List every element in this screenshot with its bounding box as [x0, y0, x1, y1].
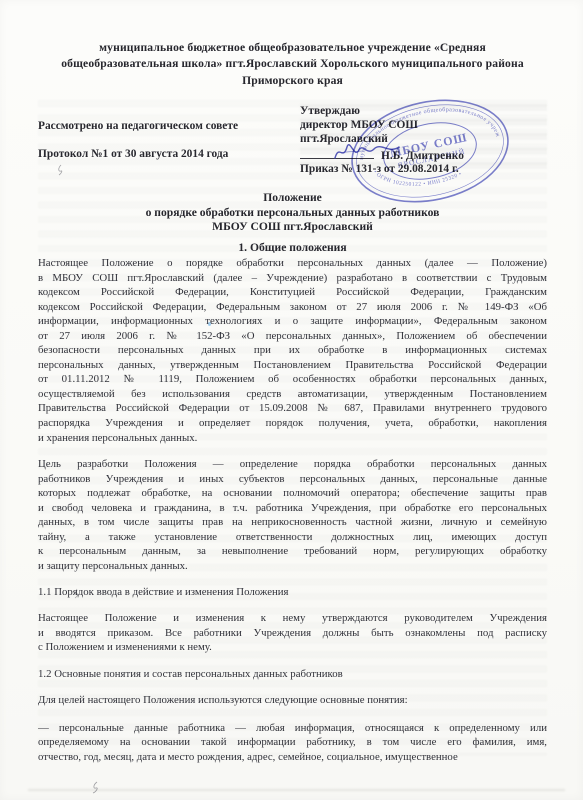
- reviewed-by-line: Рассмотрено на педагогическом совете: [38, 119, 238, 133]
- document-org-header: муниципальное бюджетное общеобразователь…: [38, 40, 547, 89]
- text-line: от 01.11.2012 № 1119, Положением об особ…: [38, 372, 547, 387]
- protocol-line: Протокол №1 от 30 августа 2014 года: [38, 147, 238, 161]
- signatory-name: Н.Б. Дмитренко: [381, 150, 464, 162]
- paragraph-2: Цель разработки Положения — определение …: [38, 457, 547, 573]
- text-line: МБОУ СОШ пгт.Ярославский: [38, 220, 547, 235]
- review-block: Рассмотрено на педагогическом совете Про…: [38, 119, 238, 161]
- paragraph-3: Настоящее Положение и изменения к нему у…: [38, 611, 547, 655]
- signature-line: [300, 147, 374, 159]
- text-line: в МБОУ СОШ пгт.Ярославский (далее – Учре…: [38, 271, 547, 286]
- text-line: и вводятся приказом. Все работники Учреж…: [38, 626, 547, 641]
- text-line: тайну, а также установление ответственно…: [38, 530, 547, 545]
- subsection-1-2-heading: 1.2 Основные понятия и состав персональн…: [38, 667, 547, 682]
- text-line: к персональным данным, за невыполнение т…: [38, 544, 547, 559]
- paragraph-1: Настоящее Положение о порядке обработки …: [38, 256, 547, 445]
- text-line: отчество, год, месяц, дата и место рожде…: [38, 750, 547, 765]
- document-body: Настоящее Положение о порядке обработки …: [38, 256, 547, 776]
- document-title: Положениео порядке обработки персональны…: [38, 191, 547, 235]
- approval-block: Утверждаю директор МБОУ СОШ пгт.Ярославс…: [300, 104, 550, 176]
- text-line: персональных данных, утвержденным Постан…: [38, 358, 547, 373]
- text-line: Правительства Российской Федерации от 15…: [38, 401, 547, 416]
- scanned-document-page: муниципальное бюджетное общеобразователь…: [0, 0, 583, 800]
- text-line: и защиту персональных данных.: [38, 559, 547, 574]
- pen-mark: [55, 163, 65, 177]
- text-line: данных, в том числе защиты прав на непри…: [38, 515, 547, 530]
- text-line: с Положением и изменениями к нему.: [38, 640, 547, 655]
- text-line: осуществляемой без использования средств…: [38, 387, 547, 402]
- text-line: Цель разработки Положения — определение …: [38, 457, 547, 472]
- text-line: о порядке обработки персональных данных …: [38, 206, 547, 221]
- text-line: безопасности персональных данных при их …: [38, 343, 547, 358]
- paragraph-4: Для целей настоящего Положения использую…: [38, 693, 547, 708]
- scan-smudge-line: [28, 789, 565, 791]
- text-line: муниципальное бюджетное общеобразователь…: [38, 40, 547, 56]
- signature-row: Н.Б. Дмитренко: [300, 147, 550, 162]
- text-line: Положение: [38, 191, 547, 206]
- text-line: которых подлежат обработке, на основании…: [38, 486, 547, 501]
- text-line: кодексом Российской Федерации, Конституц…: [38, 285, 547, 300]
- text-line: Настоящее Положение и изменения к нему у…: [38, 611, 547, 626]
- text-line: работников Учреждения и иных субъектов п…: [38, 472, 547, 487]
- text-line: общеобразовательная школа» пгт.Ярославск…: [38, 56, 547, 72]
- text-line: определяемому на основании такой информа…: [38, 735, 547, 750]
- approver-position-line2: пгт.Ярославский: [300, 132, 550, 146]
- order-line: Приказ № 131-з от 29.08.2014 г.: [300, 162, 550, 176]
- text-line: — персональные данные работника — любая …: [38, 721, 547, 736]
- text-line: от 27 июля 2006 г. № 152-ФЗ «О персональ…: [38, 329, 547, 344]
- text-line: Настоящее Положение о порядке обработки …: [38, 256, 547, 271]
- subsection-1-1-heading: 1.1 Порядок ввода в действие и изменения…: [38, 585, 547, 600]
- paragraph-5: — персональные данные работника — любая …: [38, 721, 547, 765]
- text-line: Для целей настоящего Положения использую…: [38, 693, 547, 708]
- text-line: информации, информационных технологиях и…: [38, 314, 547, 329]
- pen-mark: [89, 780, 101, 794]
- text-line: Приморского края: [38, 73, 547, 89]
- section-1-heading: 1. Общие положения: [38, 241, 547, 254]
- text-line: кодексом Российской Федерации, Федеральн…: [38, 300, 547, 315]
- text-line: и свобод человека и гражданина, в т.ч. р…: [38, 501, 547, 516]
- approver-position-line1: директор МБОУ СОШ: [300, 118, 550, 132]
- text-line: распорядка Учреждения и определяет поряд…: [38, 416, 547, 431]
- approve-label: Утверждаю: [300, 104, 550, 118]
- text-line: и хранения персональных данных.: [38, 431, 547, 446]
